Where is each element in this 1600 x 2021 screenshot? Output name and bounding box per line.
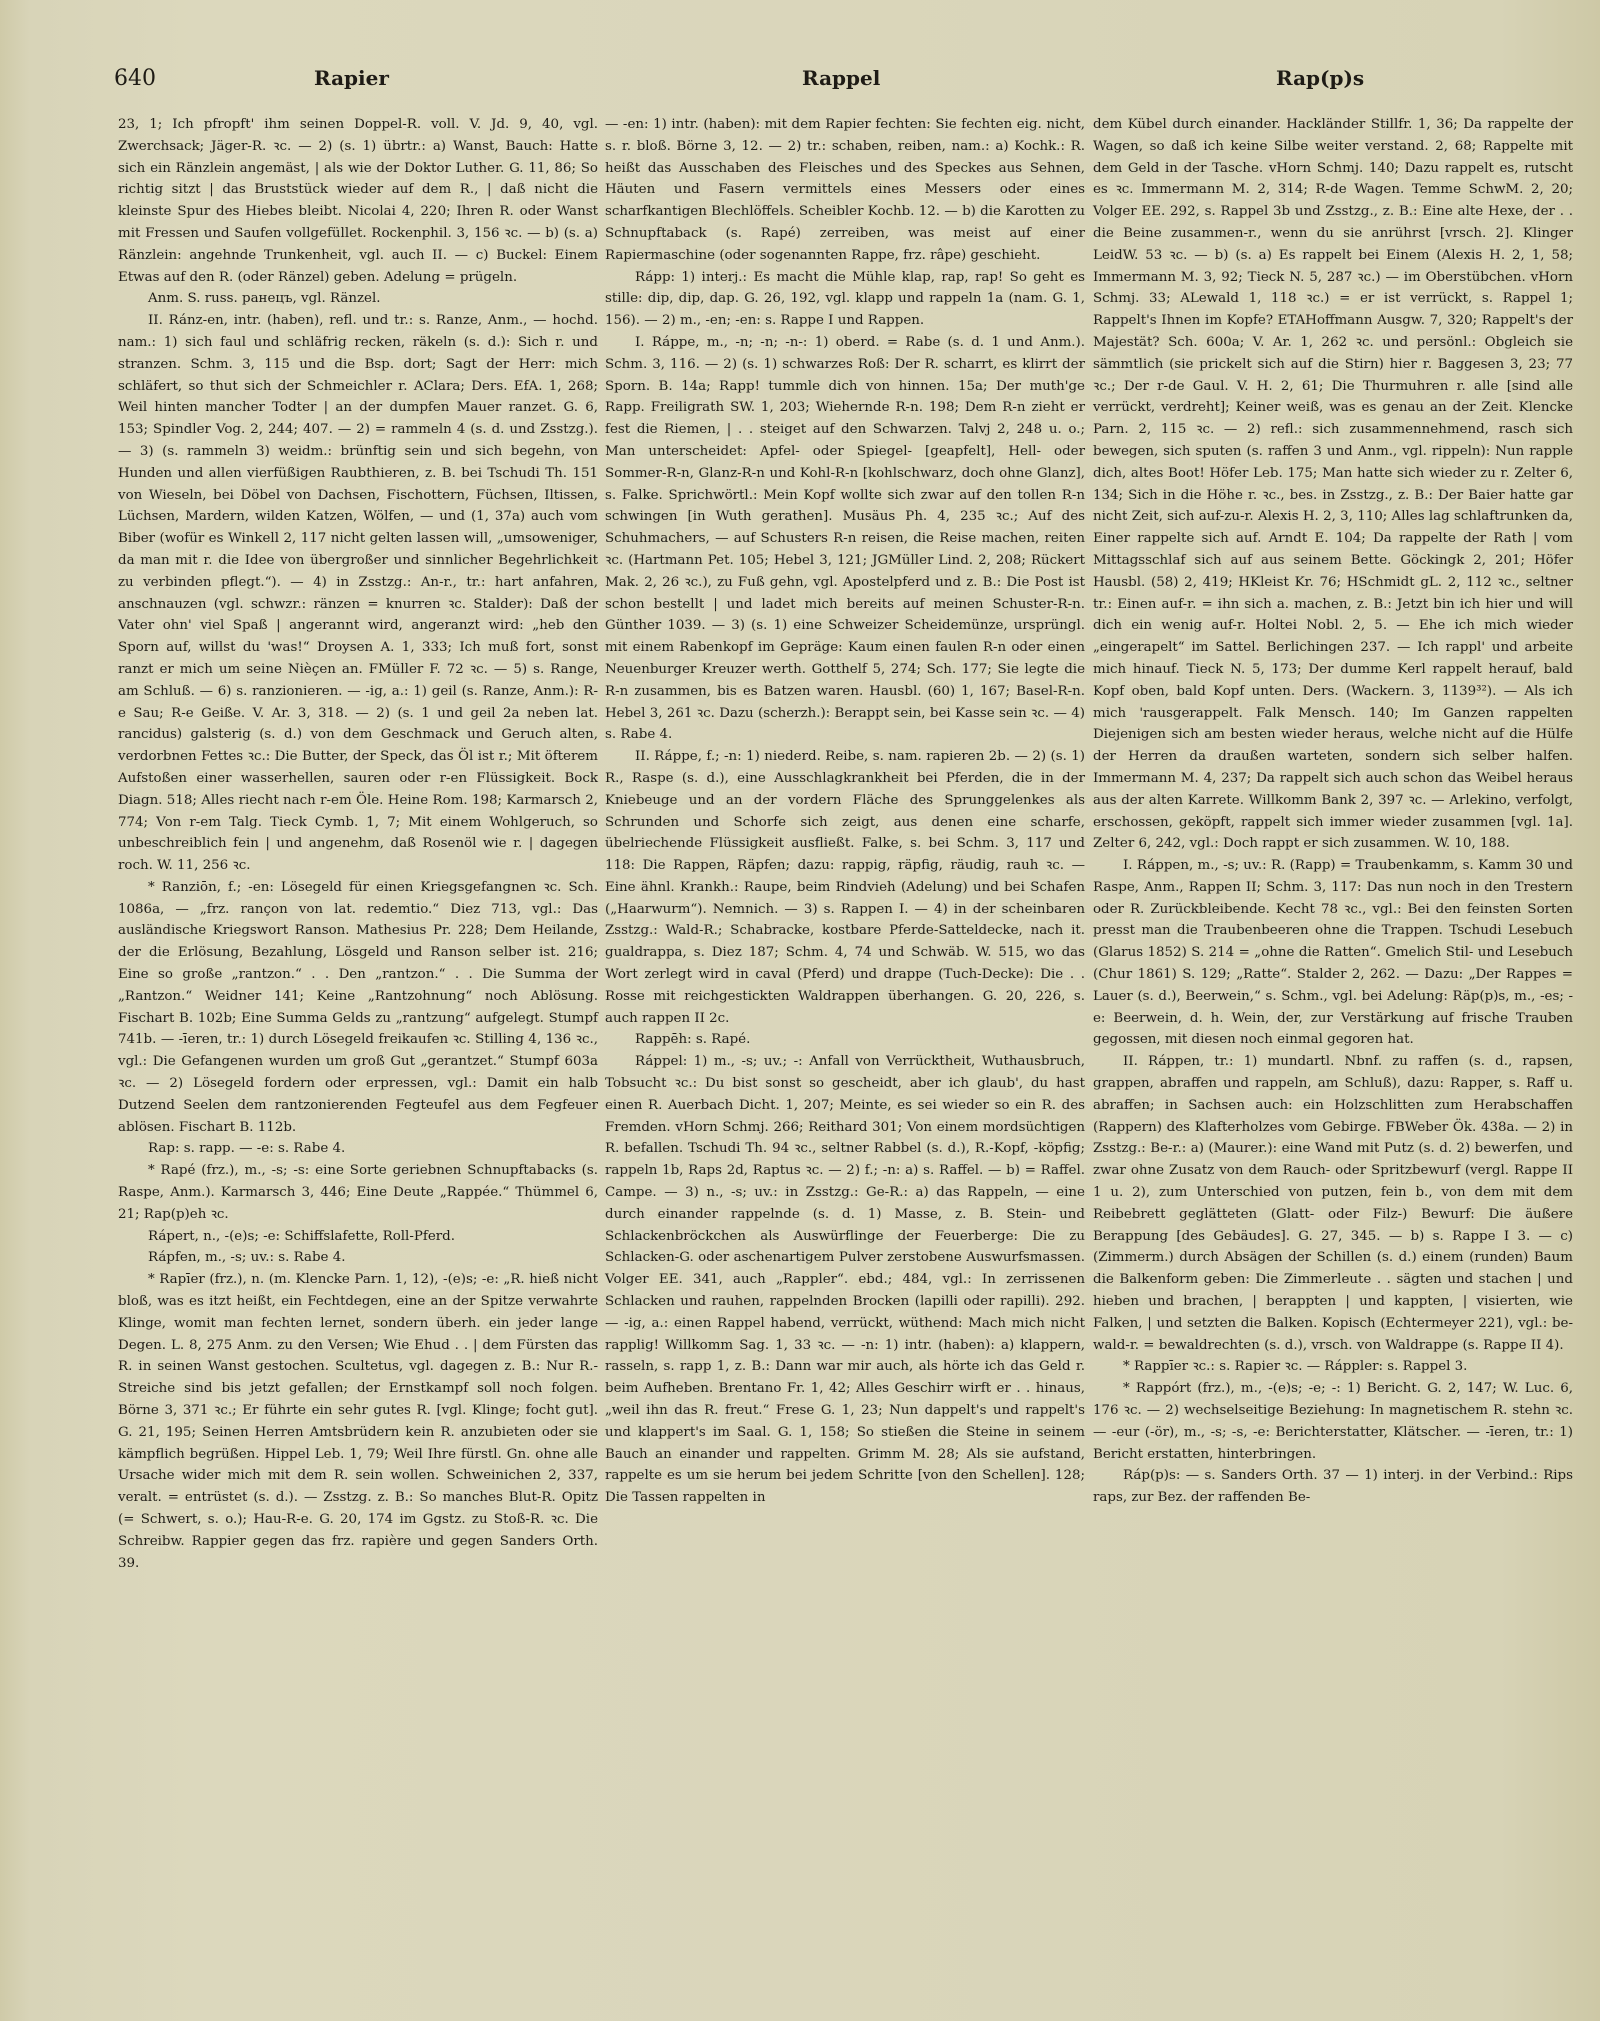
right-catchword: Rap(p)s — [1276, 66, 1364, 90]
entry-rappe-2: II. Ráppe, f.; -n: 1) niederd. Reibe, s.… — [605, 746, 1085, 1029]
entry-rappeh: Rappēh: s. Rapé. — [605, 1029, 1085, 1051]
entry-rappier: * Rappīer ꝛc.: s. Rapier ꝛc. — Ráppler: … — [1093, 1356, 1573, 1378]
column-1: 23, 1; Ich pfropft' ihm seinen Doppel-R.… — [118, 114, 598, 1574]
entry-rappel: Ráppel: 1) m., -s; uv.; -: Anfall von Ve… — [605, 1051, 1085, 1509]
entry-rappeln-continuation: dem Kübel durch einander. Hackländer Sti… — [1093, 114, 1573, 855]
entry-rapps: Ráp(p)s: — s. Sanders Orth. 37 — 1) inte… — [1093, 1465, 1573, 1509]
column-2: — -en: 1) intr. (haben): mit dem Rapier … — [605, 114, 1085, 1509]
entry-rapert: Rápert, n., -(e)s; -e: Schiffslafette, R… — [118, 1226, 598, 1248]
entry-rappe-1: I. Ráppe, m., -n; -n; -n-: 1) oberd. = R… — [605, 332, 1085, 746]
entry-rappen-1: I. Ráppen, m., -s; uv.: R. (Rapp) = Trau… — [1093, 855, 1573, 1051]
entry-continuation: 23, 1; Ich pfropft' ihm seinen Doppel-R.… — [118, 114, 598, 288]
entry-rapfen: Rápfen, m., -s; uv.: s. Rabe 4. — [118, 1247, 598, 1269]
left-catchword: Rapier — [314, 66, 389, 90]
entry-rappen-2: II. Ráppen, tr.: 1) mundartl. Nbnf. zu r… — [1093, 1051, 1573, 1356]
running-header: 640 Rapier Rappel Rap(p)s — [114, 66, 1494, 96]
entry-anm: Anm. S. russ. ранецъ, vgl. Ränzel. — [118, 288, 598, 310]
entry-ranzion: * Ranziōn, f.; -en: Lösegeld für einen K… — [118, 877, 598, 1139]
entry-ranzen: II. Ránz-en, intr. (haben), refl. und tr… — [118, 310, 598, 877]
entry-rap: Rap: s. rapp. — -e: s. Rabe 4. — [118, 1138, 598, 1160]
page-number: 640 — [114, 66, 156, 91]
entry-rapp: Rápp: 1) interj.: Es macht die Mühle kla… — [605, 267, 1085, 332]
entry-rape: * Rapé (frz.), m., -s; -s: eine Sorte ge… — [118, 1160, 598, 1225]
middle-catchword: Rappel — [802, 66, 880, 90]
entry-rapport: * Rappórt (frz.), m., -(e)s; -e; -: 1) B… — [1093, 1378, 1573, 1465]
dictionary-page: 640 Rapier Rappel Rap(p)s 23, 1; Ich pfr… — [0, 0, 1600, 2021]
entry-rapier: * Rapīer (frz.), n. (m. Klencke Parn. 1,… — [118, 1269, 598, 1574]
column-3: dem Kübel durch einander. Hackländer Sti… — [1093, 114, 1573, 1509]
entry-rapieren: — -en: 1) intr. (haben): mit dem Rapier … — [605, 114, 1085, 267]
